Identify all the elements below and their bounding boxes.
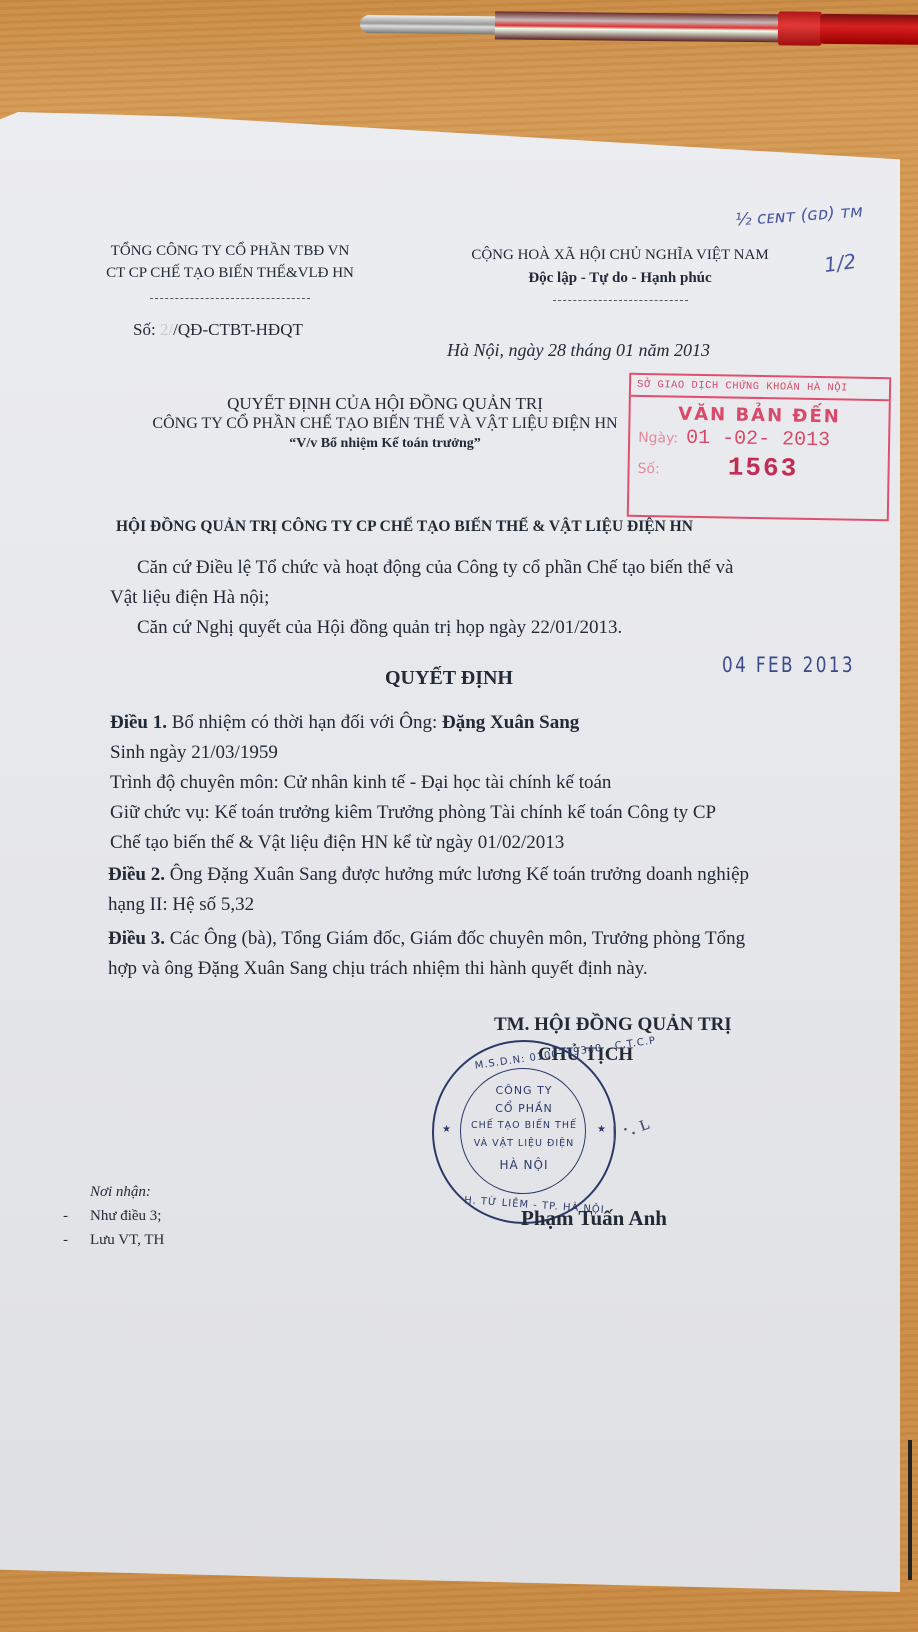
country-name: CỘNG HOÀ XÃ HỘI CHỦ NGHĨA VIỆT NAM bbox=[440, 244, 800, 267]
received-date-stamp: 04 FEB 2013 bbox=[722, 653, 855, 677]
incoming-document-stamp: SỞ GIAO DỊCH CHỨNG KHOÁN HÀ NỘI VĂN BẢN … bbox=[627, 373, 891, 522]
issuer-company: CT CP CHẾ TẠO BIẾN THẾ&VLĐ HN bbox=[90, 262, 370, 284]
divider bbox=[150, 298, 310, 299]
issuing-board: HỘI ĐỒNG QUẢN TRỊ CÔNG TY CP CHẾ TẠO BIẾ… bbox=[116, 518, 693, 536]
article-2: Điều 2. Ông Đặng Xuân Sang được hưởng mứ… bbox=[108, 860, 749, 920]
place-date: Hà Nội, ngày 28 tháng 01 năm 2013 bbox=[447, 340, 710, 361]
handwritten-page: 1/2 bbox=[822, 249, 857, 277]
recipient-item: -Như điều 3; bbox=[63, 1204, 164, 1228]
recipient-item: -Lưu VT, TH bbox=[63, 1228, 164, 1252]
issuer-header: TỔNG CÔNG TY CỔ PHẦN TBĐ VN CT CP CHẾ TẠ… bbox=[90, 240, 370, 299]
signer-name: Phạm Tuấn Anh bbox=[521, 1206, 667, 1231]
recipients: Nơi nhận: -Như điều 3; -Lưu VT, TH bbox=[90, 1180, 164, 1252]
decision-heading: QUYẾT ĐỊNH bbox=[385, 667, 513, 690]
stamp-date: 01 -02- 2013 bbox=[686, 427, 830, 453]
company-seal: M.S.D.N: 0100779340 . C.T.C.P H. TỪ LIÊM… bbox=[432, 1040, 616, 1224]
article-3: Điều 3. Các Ông (bà), Tổng Giám đốc, Giá… bbox=[108, 924, 745, 984]
appointee-name: Đặng Xuân Sang bbox=[442, 712, 579, 733]
motto: Độc lập - Tự do - Hạnh phúc bbox=[440, 267, 800, 290]
document-number: Số: 2//QĐ-CTBT-HĐQT bbox=[133, 320, 303, 340]
page-edge-line bbox=[908, 1440, 912, 1580]
article-1: Điều 1. Bổ nhiệm có thời hạn đối với Ông… bbox=[110, 708, 716, 858]
document-title: QUYẾT ĐỊNH CỦA HỘI ĐỒNG QUẢN TRỊ CÔNG TY… bbox=[130, 394, 640, 454]
issuer-parent: TỔNG CÔNG TY CỔ PHẦN TBĐ VN bbox=[90, 240, 370, 262]
star-icon: ★ bbox=[442, 1124, 451, 1135]
stamp-number: 1563 bbox=[728, 452, 799, 483]
preamble-cont: Vật liệu điện Hà nội; Căn cứ Nghị quyết … bbox=[110, 583, 622, 643]
pen bbox=[360, 5, 918, 49]
divider bbox=[553, 300, 688, 301]
star-icon: ★ bbox=[597, 1124, 606, 1135]
signature-on-behalf: TM. HỘI ĐỒNG QUẢN TRỊ bbox=[494, 1014, 732, 1036]
preamble: Căn cứ Điều lệ Tổ chức và hoạt động của … bbox=[137, 553, 733, 583]
national-motto: CỘNG HOÀ XÃ HỘI CHỦ NGHĨA VIỆT NAM Độc l… bbox=[440, 244, 800, 301]
